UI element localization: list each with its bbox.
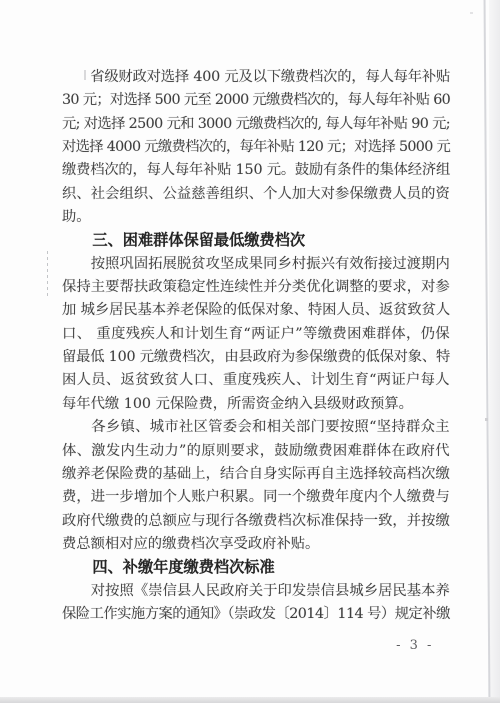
text-line: 缴费档次的，每人每年补贴 150 元。鼓励有条件的集体经济组	[62, 159, 450, 182]
text-line: 留最低 100 元缴费档次，由县政府为参保缴费的低保对象、特	[62, 346, 450, 369]
scan-artifact-speck	[470, 12, 473, 14]
text-line: 费，进一步增加个人账户积累。同一个缴费年度内个人缴费与	[62, 486, 450, 509]
scan-bottom-band	[0, 697, 500, 703]
text-line: 缴养老保险费的基础上，结合自身实际再自主选择较高档次缴	[62, 463, 450, 486]
section-heading: 四、补缴年度缴费档次标准	[62, 556, 450, 579]
text-line: 30 元；对选择 500 元至 2000 元缴费档次的，每人每年补贴 60	[62, 89, 450, 112]
text-line: 按照巩固拓展脱贫攻坚成果同乡村振兴有效衔接过渡期内	[62, 253, 450, 276]
scan-artifact-dashes	[47, 251, 48, 297]
text-line: 元; 对选择 2500 元和 3000 元缴费档次的, 每人每年补贴 90 元;	[62, 113, 450, 136]
document-page: 省级财政对选择 400 元及以下缴费档次的，每人每年补贴30 元；对选择 500…	[0, 0, 500, 703]
section-heading: 三、困难群体保留最低缴费档次	[62, 229, 450, 252]
scan-artifact-speck	[485, 418, 488, 421]
text-block: 省级财政对选择 400 元及以下缴费档次的，每人每年补贴30 元；对选择 500…	[62, 66, 450, 626]
text-line: 加 城乡居民基本养老保险的低保对象、特困人员、返贫致贫人	[62, 299, 450, 322]
text-line: 费总额相对应的缴费档次享受政府补贴。	[62, 533, 450, 556]
scan-edge-shade	[489, 0, 500, 703]
text-line: 政府代缴费的总额应与现行各缴费档次标准保持一致，并按缴	[62, 510, 450, 533]
text-line: 对选择 4000 元缴费档次的，每年补贴 120 元；对选择 5000 元	[62, 136, 450, 159]
text-line: 助。	[62, 206, 450, 229]
text-line: 困人员、返贫致贫人口、重度残疾人、计划生育“两证户每人	[62, 369, 450, 392]
text-line: 各乡镇、城市社区管委会和相关部门要按照“坚持群众主	[62, 416, 450, 439]
text-line: 保持主要帮扶政策稳定性连续性并分类优化调整的要求，对参	[62, 276, 450, 299]
text-line: 体、激发内生动力”的原则要求，鼓励缴费困难群体在政府代	[62, 440, 450, 463]
scan-fold-line	[484, 0, 491, 703]
text-line: 织、社会组织、公益慈善组织、个人加大对参保缴费人员的资	[62, 183, 450, 206]
text-line: 口、 重度残疾人和计划生育“两证户”等缴费困难群体，仍保	[62, 323, 450, 346]
text-line: 省级财政对选择 400 元及以下缴费档次的，每人每年补贴	[62, 66, 450, 89]
text-line: 对按照《崇信县人民政府关于印发崇信县城乡居民基本养	[62, 580, 450, 603]
text-line: 保险工作实施方案的通知》（崇政发〔2014〕114 号）规定补缴	[62, 603, 450, 626]
text-line: 每年代缴 100 元保险费，所需资金纳入县级财政预算。	[62, 393, 450, 416]
page-number: - 3 -	[390, 638, 440, 653]
